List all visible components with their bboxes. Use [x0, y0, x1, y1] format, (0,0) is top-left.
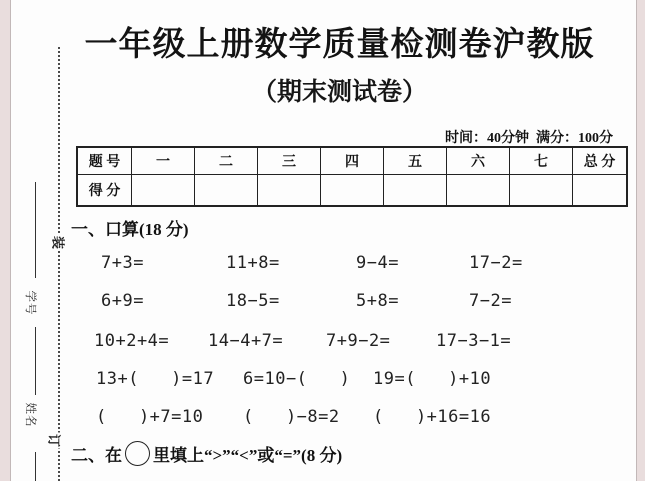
binding-char-zhuang: 装 — [50, 235, 69, 251]
math-problem: 7−2= — [469, 291, 512, 311]
math-problem: 7+9−2= — [326, 331, 390, 351]
table-header-cell: 题 号 — [77, 147, 132, 175]
math-problem: ( )−8=2 — [243, 407, 340, 427]
math-problem: 10+2+4= — [94, 331, 169, 351]
score-table: 题 号 一 二 三 四 五 六 七 总 分 得 分 — [76, 146, 628, 207]
math-problem: 17−2= — [469, 253, 523, 273]
exam-time-score-info: 时间：40分钟 满分：100分 — [445, 127, 613, 147]
section-one-heading: 一、口算(18 分) — [71, 215, 189, 240]
exam-page: 学号 姓名 装 订 一年级上册数学质量检测卷沪教版 （期末测试卷） 时间：40分… — [10, 0, 637, 481]
math-problem: 19=( )+10 — [373, 369, 491, 389]
table-header-cell: 二 — [195, 147, 258, 175]
oral-calc-row: ( )+7=10 ( )−8=2 ( )+16=16 — [11, 407, 636, 431]
section-two-suffix: 里填上“>”“<”或“=”(8 分) — [153, 441, 342, 466]
math-problem: 5+8= — [356, 291, 399, 311]
score-cell-empty — [258, 175, 321, 207]
math-problem: 9−4= — [356, 253, 399, 273]
page-subtitle: （期末测试卷） — [61, 72, 618, 108]
score-cell-empty — [132, 175, 195, 207]
table-header-cell: 一 — [132, 147, 195, 175]
table-header-cell: 三 — [258, 147, 321, 175]
math-problem: 11+8= — [226, 253, 280, 273]
oral-calc-row: 7+3= 11+8= 9−4= 17−2= — [11, 253, 636, 277]
oral-calc-row: 6+9= 18−5= 5+8= 7−2= — [11, 291, 636, 315]
score-row-label: 得 分 — [77, 175, 132, 207]
table-header-cell: 总 分 — [573, 147, 628, 175]
math-problem: 17−3−1= — [436, 331, 511, 351]
score-cell-empty — [384, 175, 447, 207]
table-header-cell: 四 — [321, 147, 384, 175]
math-problem: 13+( )=17 — [96, 369, 214, 389]
page-title: 一年级上册数学质量检测卷沪教版 — [61, 18, 618, 65]
math-problem: ( )+7=10 — [96, 407, 203, 427]
table-header-cell: 五 — [384, 147, 447, 175]
math-problem: 7+3= — [101, 253, 144, 273]
score-cell-empty — [447, 175, 510, 207]
math-problem: ( )+16=16 — [373, 407, 491, 427]
math-problem: 6=10−( ) — [243, 369, 350, 389]
fill-in-circle — [125, 441, 150, 466]
score-cell-empty — [573, 175, 628, 207]
math-problem: 6+9= — [101, 291, 144, 311]
score-cell-empty — [321, 175, 384, 207]
score-cell-empty — [510, 175, 573, 207]
math-problem: 18−5= — [226, 291, 280, 311]
math-problem: 14−4+7= — [208, 331, 283, 351]
question-number-row: 题 号 一 二 三 四 五 六 七 总 分 — [77, 147, 627, 175]
score-cell-empty — [195, 175, 258, 207]
section-two-heading: 二、在 里填上“>”“<”或“=”(8 分) — [71, 441, 342, 466]
table-header-cell: 六 — [447, 147, 510, 175]
score-row: 得 分 — [77, 175, 627, 207]
section-two-prefix: 二、在 — [71, 441, 122, 466]
oral-calc-row: 13+( )=17 6=10−( ) 19=( )+10 — [11, 369, 636, 393]
oral-calc-row: 10+2+4= 14−4+7= 7+9−2= 17−3−1= — [11, 331, 636, 355]
table-header-cell: 七 — [510, 147, 573, 175]
